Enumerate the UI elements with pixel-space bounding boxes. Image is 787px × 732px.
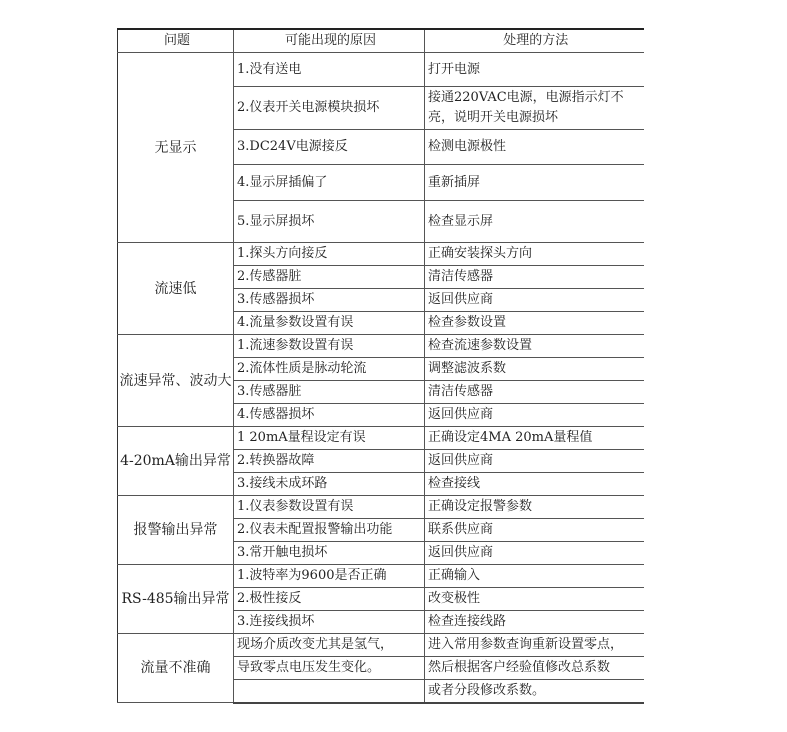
solution-cell: 进入常用参数查询重新设置零点， (425, 634, 644, 657)
header-problem: 问题 (118, 29, 234, 53)
table-row: 4-20mA输出异常 1 20mA量程设定有误 正确设定4MA 20mA量程值 (118, 427, 644, 450)
header-cause: 可能出现的原因 (234, 29, 425, 53)
cause-cell: 1.没有送电 (234, 53, 425, 87)
solution-cell: 检查接线 (425, 473, 644, 496)
cause-cell (234, 680, 425, 703)
table-row: RS-485输出异常 1.波特率为9600是否正确 正确输入 (118, 565, 644, 588)
cause-cell: 3.连接线损坏 (234, 611, 425, 634)
cause-cell: 3.DC24V电源接反 (234, 130, 425, 165)
problem-cell: 流速低 (118, 243, 234, 335)
solution-cell: 正确输入 (425, 565, 644, 588)
solution-cell: 返回供应商 (425, 450, 644, 473)
problem-cell: 无显示 (118, 53, 234, 243)
cause-cell: 2.极性接反 (234, 588, 425, 611)
solution-cell: 打开电源 (425, 53, 644, 87)
troubleshooting-table: 问题 可能出现的原因 处理的方法 无显示 1.没有送电 打开电源 2.仪表开关电… (117, 28, 644, 704)
problem-cell: 流速异常、波动大 (118, 335, 234, 427)
cause-cell: 1.仪表参数设置有误 (234, 496, 425, 519)
cause-cell: 3.常开触电损坏 (234, 542, 425, 565)
solution-cell: 然后根据客户经验值修改总系数 (425, 657, 644, 680)
cause-cell: 1.流速参数设置有误 (234, 335, 425, 358)
solution-cell: 返回供应商 (425, 404, 644, 427)
table-row: 无显示 1.没有送电 打开电源 (118, 53, 644, 87)
solution-cell: 返回供应商 (425, 289, 644, 312)
solution-cell: 检查参数设置 (425, 312, 644, 335)
solution-cell: 检查流速参数设置 (425, 335, 644, 358)
solution-cell: 正确设定4MA 20mA量程值 (425, 427, 644, 450)
solution-cell: 检查显示屏 (425, 201, 644, 243)
cause-cell: 1.波特率为9600是否正确 (234, 565, 425, 588)
solution-cell: 清洁传感器 (425, 266, 644, 289)
troubleshooting-document: 问题 可能出现的原因 处理的方法 无显示 1.没有送电 打开电源 2.仪表开关电… (117, 28, 643, 704)
cause-cell: 5.显示屏损坏 (234, 201, 425, 243)
cause-cell: 2.流体性质是脉动轮流 (234, 358, 425, 381)
table-row: 流速低 1.探头方向接反 正确安装探头方向 (118, 243, 644, 266)
problem-cell: 报警输出异常 (118, 496, 234, 565)
cause-cell: 3.传感器脏 (234, 381, 425, 404)
cause-cell: 4.流量参数设置有误 (234, 312, 425, 335)
solution-cell: 检查连接线路 (425, 611, 644, 634)
problem-cell: RS-485输出异常 (118, 565, 234, 634)
header-solution: 处理的方法 (425, 29, 644, 53)
cause-cell: 2.仪表开关电源模块损坏 (234, 87, 425, 130)
cause-cell: 现场介质改变尤其是氢气， (234, 634, 425, 657)
cause-cell: 3.接线未成环路 (234, 473, 425, 496)
solution-cell: 联系供应商 (425, 519, 644, 542)
table-row: 报警输出异常 1.仪表参数设置有误 正确设定报警参数 (118, 496, 644, 519)
solution-cell: 正确安装探头方向 (425, 243, 644, 266)
cause-cell: 2.仪表未配置报警输出功能 (234, 519, 425, 542)
cause-cell: 4.传感器损坏 (234, 404, 425, 427)
solution-cell: 重新插屏 (425, 165, 644, 201)
solution-cell: 或者分段修改系数。 (425, 680, 644, 703)
solution-cell: 接通220VAC电源，电源指示灯不亮，说明开关电源损坏 (425, 87, 644, 130)
cause-cell: 2.转换器故障 (234, 450, 425, 473)
solution-cell: 返回供应商 (425, 542, 644, 565)
table-row: 流速异常、波动大 1.流速参数设置有误 检查流速参数设置 (118, 335, 644, 358)
problem-cell: 流量不准确 (118, 634, 234, 703)
header-row: 问题 可能出现的原因 处理的方法 (118, 29, 644, 53)
solution-cell: 正确设定报警参数 (425, 496, 644, 519)
problem-cell: 4-20mA输出异常 (118, 427, 234, 496)
cause-cell: 4.显示屏插偏了 (234, 165, 425, 201)
solution-cell: 清洁传感器 (425, 381, 644, 404)
table-row: 流量不准确 现场介质改变尤其是氢气， 进入常用参数查询重新设置零点， (118, 634, 644, 657)
solution-cell: 调整滤波系数 (425, 358, 644, 381)
solution-cell: 检测电源极性 (425, 130, 644, 165)
cause-cell: 1.探头方向接反 (234, 243, 425, 266)
cause-cell: 3.传感器损坏 (234, 289, 425, 312)
cause-cell: 2.传感器脏 (234, 266, 425, 289)
cause-cell: 导致零点电压发生变化。 (234, 657, 425, 680)
cause-cell: 1 20mA量程设定有误 (234, 427, 425, 450)
solution-cell: 改变极性 (425, 588, 644, 611)
